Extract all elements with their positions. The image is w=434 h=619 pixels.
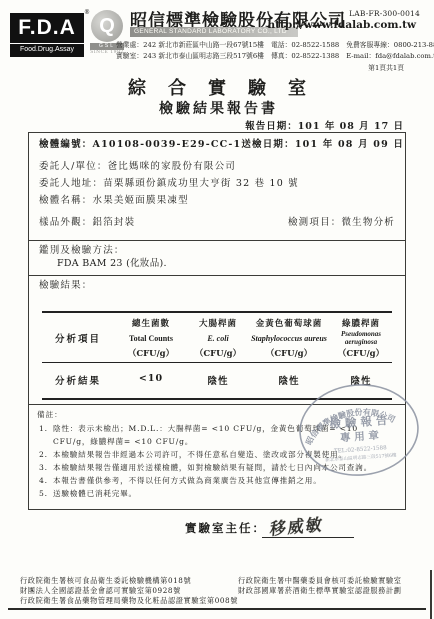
note-item-1: 陰性：表示未檢出；M.D.L.：大腸桿菌= <10 CFU/g，金黃色葡萄球菌=… <box>37 422 397 448</box>
lab-address: 實驗室：243 新北市泰山區明志路三段517號6樓 <box>116 52 264 60</box>
col-pseudomonas: 綠膿桿菌 Pseudomonas aeruginosa （CFU/g） <box>330 313 392 362</box>
cert-right-2: 財政部國庫署菸酒衛生標準實驗室認證服務計劃 <box>238 586 420 596</box>
header: F.D.A Food.Drug.Assay ® Q GSL SINCE 1992… <box>0 0 434 70</box>
report-date: 報告日期：101 年 08 月 17 日 <box>245 118 404 132</box>
signature-handwriting: 移威敏 <box>269 512 325 540</box>
phone: 電話：02-8522-1588 <box>271 41 339 49</box>
sample-appearance: 樣品外觀：鋁箔封裝 <box>39 217 135 228</box>
lab-director-label: 實驗室主任： <box>185 520 266 536</box>
results-table: 分析項目 總生菌數 Total Counts （CFU/g） 大腸桿菌 E. c… <box>42 311 392 400</box>
test-item: 檢測項目：微生物分析 <box>288 217 395 228</box>
col-total-counts-en: Total Counts <box>129 334 173 343</box>
col-pseudomonas-en: Pseudomonas aeruginosa <box>330 330 392 346</box>
note-item-2: 本檢驗結果報告非經過本公司許可，不得任意私自變造、塗改或部分複製使用。 <box>37 448 397 461</box>
result-total-counts: <10 <box>114 363 188 398</box>
fda-logo: F.D.A Food.Drug.Assay ® <box>10 13 84 57</box>
footer-rule <box>8 608 426 610</box>
scan-edge-artifact <box>430 570 432 619</box>
notes-label: 備註： <box>37 409 397 420</box>
website-url: http://www.fdalab.com.tw <box>268 19 416 31</box>
method-value: FDA BAM 23 (化妝品). <box>57 258 395 269</box>
col-total-counts-zh: 總生菌數 <box>132 317 170 329</box>
submit-date: 送檢日期：101 年 08 月 09 日 <box>241 139 404 150</box>
col-total-counts-unit: （CFU/g） <box>128 347 174 359</box>
result-pseudomonas: 陰性 <box>330 363 392 398</box>
col-staph-zh: 金黃色葡萄球菌 <box>256 317 323 329</box>
fda-logo-text: F.D.A <box>10 13 84 43</box>
col-analysis-item: 分析項目 <box>42 313 114 362</box>
method-label: 鑑別及檢驗方法： <box>39 245 395 256</box>
col-staph-en: Staphylococcus aureus <box>251 334 327 343</box>
col-pseudomonas-zh: 綠膿桿菌 <box>342 317 380 329</box>
note-item-4: 本報告書僅供參考，不得以任何方式做為商業廣告及其他宣傳推銷之用。 <box>37 474 397 487</box>
results-table-header: 分析項目 總生菌數 Total Counts （CFU/g） 大腸桿菌 E. c… <box>42 313 392 363</box>
divider-results <box>29 275 405 276</box>
note-item-3: 本檢驗結果報告僅適用於送樣檢體，如對檢驗結果有疑問，請於七日內向本公司查詢。 <box>37 461 397 474</box>
sample-name: 檢體名稱：水果美姬面膜果凍型 <box>39 195 189 206</box>
result-ecoli: 陰性 <box>188 363 248 398</box>
sample-number: 檢體編號：A10108-0039-E29-CC-1 <box>39 139 241 150</box>
fax: 傳真：02-8522-1388 <box>271 52 339 60</box>
result-staph: 陰性 <box>248 363 330 398</box>
report-page: F.D.A Food.Drug.Assay ® Q GSL SINCE 1992… <box>0 0 434 619</box>
notes-box: 備註： 陰性：表示未檢出；M.D.L.：大腸桿菌= <10 CFU/g，金黃色葡… <box>28 404 406 510</box>
contact-block: 營業處：242 新北市新莊區中山路一段67號15樓電話：02-8522-1588… <box>116 40 434 62</box>
cert-left-3: 行政院衛生署食品藥物管理局藥物及化粧品認證實驗室第008號 <box>20 596 238 606</box>
footer-certifications: 行政院衛生署核可食品衛生委託檢驗機構第018號 行政院衛生署中醫藥委員會核可委託… <box>20 576 420 606</box>
sample-info-box: 檢體編號：A10108-0039-E29-CC-1 送檢日期：101 年 08 … <box>28 132 406 405</box>
col-ecoli: 大腸桿菌 E. coli （CFU/g） <box>188 313 248 362</box>
client-name: 委託人/單位：爸比媽咪的家股份有限公司 <box>39 161 236 172</box>
result-row-label: 分析結果 <box>42 363 114 398</box>
col-staph-unit: （CFU/g） <box>266 347 312 359</box>
document-code: LAB-FR-300-0014 <box>349 9 420 18</box>
notes-list: 陰性：表示未檢出；M.D.L.：大腸桿菌= <10 CFU/g，金黃色葡萄球菌=… <box>37 422 397 500</box>
col-staph: 金黃色葡萄球菌 Staphylococcus aureus （CFU/g） <box>248 313 330 362</box>
report-subtitle: 檢驗結果報告書 <box>0 98 434 118</box>
email: E-mail：fda@fdalab.com.tw <box>346 52 434 60</box>
business-address: 營業處：242 新北市新莊區中山路一段67號15樓 <box>116 41 264 49</box>
note-item-5: 送驗檢體已消耗完畢。 <box>37 487 397 500</box>
q-seal-icon: Q <box>91 10 123 42</box>
results-label: 檢驗結果： <box>39 280 395 291</box>
col-ecoli-unit: （CFU/g） <box>195 347 241 359</box>
hotline: 免費客服專線：0800-213-888 <box>346 41 434 49</box>
cert-left-2: 財團法人全國認證基金會認可實驗室第0928號 <box>20 586 238 596</box>
contact-row-1: 營業處：242 新北市新莊區中山路一段67號15樓電話：02-8522-1588… <box>116 40 434 51</box>
cert-left-1: 行政院衛生署核可食品衛生委託檢驗機構第018號 <box>20 576 238 586</box>
divider-method <box>29 240 405 241</box>
col-ecoli-en: E. coli <box>207 334 228 343</box>
col-pseudomonas-unit: （CFU/g） <box>338 347 384 359</box>
page-indicator: 第1頁共1頁 <box>368 62 404 72</box>
cert-right-1: 行政院衛生署中醫藥委員會核可委託檢驗實驗室 <box>238 576 420 586</box>
results-table-row: 分析結果 <10 陰性 陰性 陰性 <box>42 363 392 398</box>
fda-logo-subtext: Food.Drug.Assay <box>10 43 84 55</box>
contact-row-2: 實驗室：243 新北市泰山區明志路三段517號6樓傳真：02-8522-1388… <box>116 51 434 62</box>
col-ecoli-zh: 大腸桿菌 <box>199 317 237 329</box>
report-title: 綜合實驗室 <box>0 74 434 100</box>
col-total-counts: 總生菌數 Total Counts （CFU/g） <box>114 313 188 362</box>
client-address: 委託人地址：苗栗縣頭份鎮成功里大亨街 32 巷 10 號 <box>39 178 299 189</box>
